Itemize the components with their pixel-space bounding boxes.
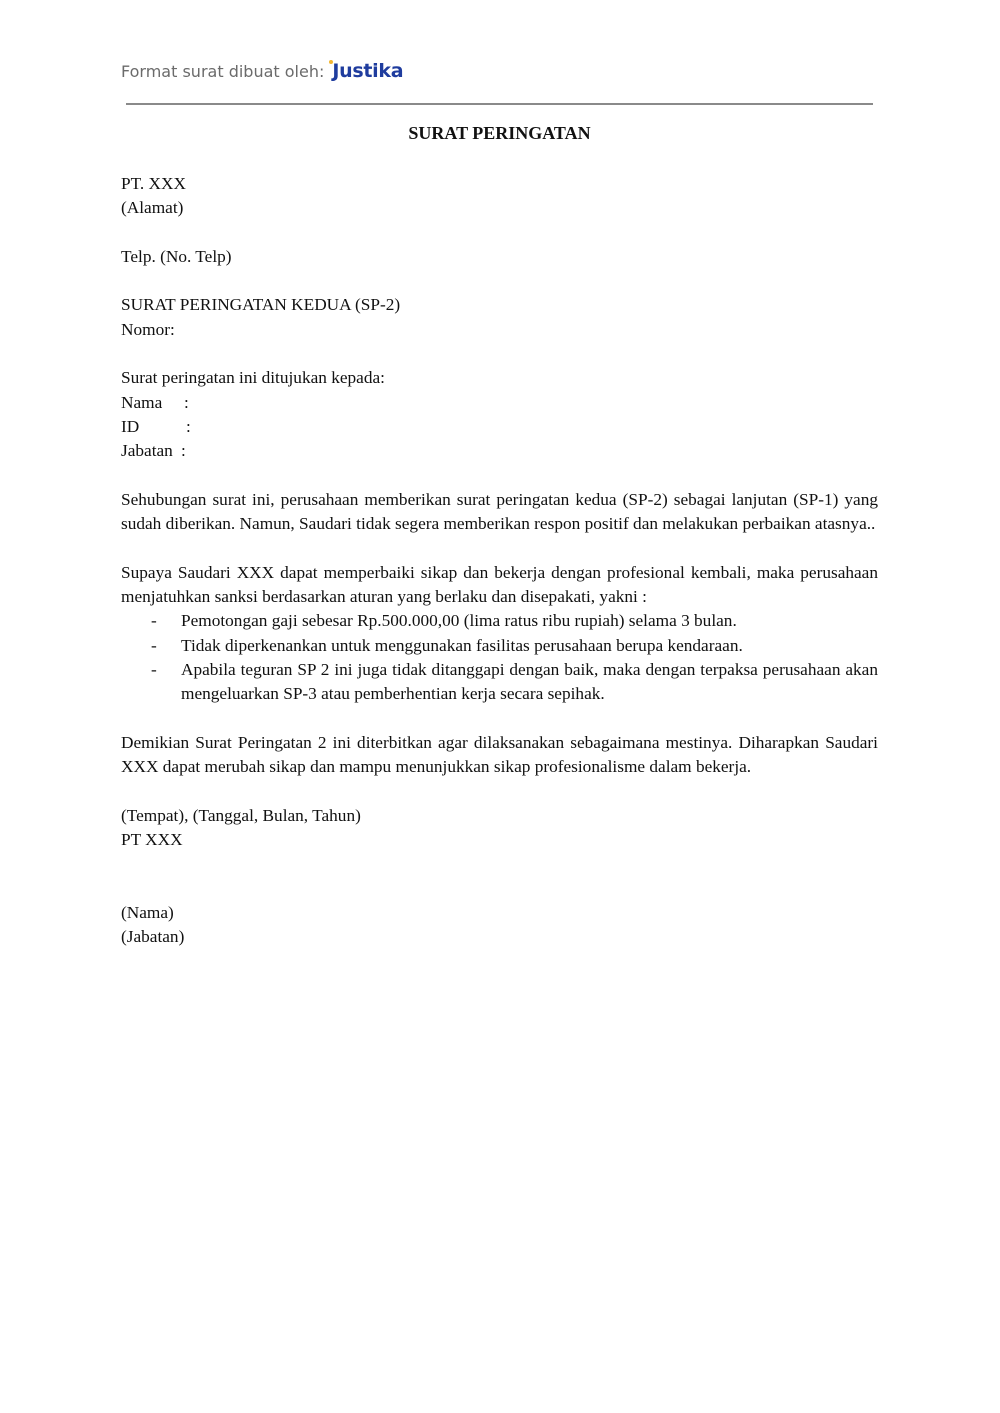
list-item: -Pemotongan gaji sebesar Rp.500.000,00 (…	[121, 609, 878, 633]
letter-type: SURAT PERINGATAN KEDUA (SP-2)	[121, 293, 878, 317]
template-credit: Format surat dibuat oleh: Justika	[121, 60, 403, 82]
signer-company: PT XXX	[121, 828, 878, 852]
letter-number: Nomor:	[121, 318, 878, 342]
addressed-to: Surat peringatan ini ditujukan kepada:	[121, 366, 878, 390]
sanctions-list: -Pemotongan gaji sebesar Rp.500.000,00 (…	[121, 609, 878, 706]
company-phone: Telp. (No. Telp)	[121, 245, 878, 269]
signer-position: (Jabatan)	[121, 925, 878, 949]
letter-body: SURAT PERINGATAN PT. XXX (Alamat) Telp. …	[121, 120, 878, 950]
field-id: ID:	[121, 415, 878, 439]
paragraph-sanctions-intro: Supaya Saudari XXX dapat memperbaiki sik…	[121, 561, 878, 610]
credit-text: Format surat dibuat oleh:	[121, 62, 324, 81]
company-name: PT. XXX	[121, 172, 878, 196]
signer-name: (Nama)	[121, 901, 878, 925]
letter-title: SURAT PERINGATAN	[121, 120, 878, 146]
place-date: (Tempat), (Tanggal, Bulan, Tahun)	[121, 804, 878, 828]
justika-logo: Justika	[332, 60, 403, 82]
field-nama: Nama:	[121, 391, 878, 415]
field-jabatan: Jabatan:	[121, 439, 878, 463]
company-address: (Alamat)	[121, 196, 878, 220]
list-item: -Apabila teguran SP 2 ini juga tidak dit…	[121, 658, 878, 707]
paragraph-closing: Demikian Surat Peringatan 2 ini diterbit…	[121, 731, 878, 780]
header-divider	[126, 103, 873, 105]
list-item: -Tidak diperkenankan untuk menggunakan f…	[121, 634, 878, 658]
paragraph-intro: Sehubungan surat ini, perusahaan memberi…	[121, 488, 878, 537]
